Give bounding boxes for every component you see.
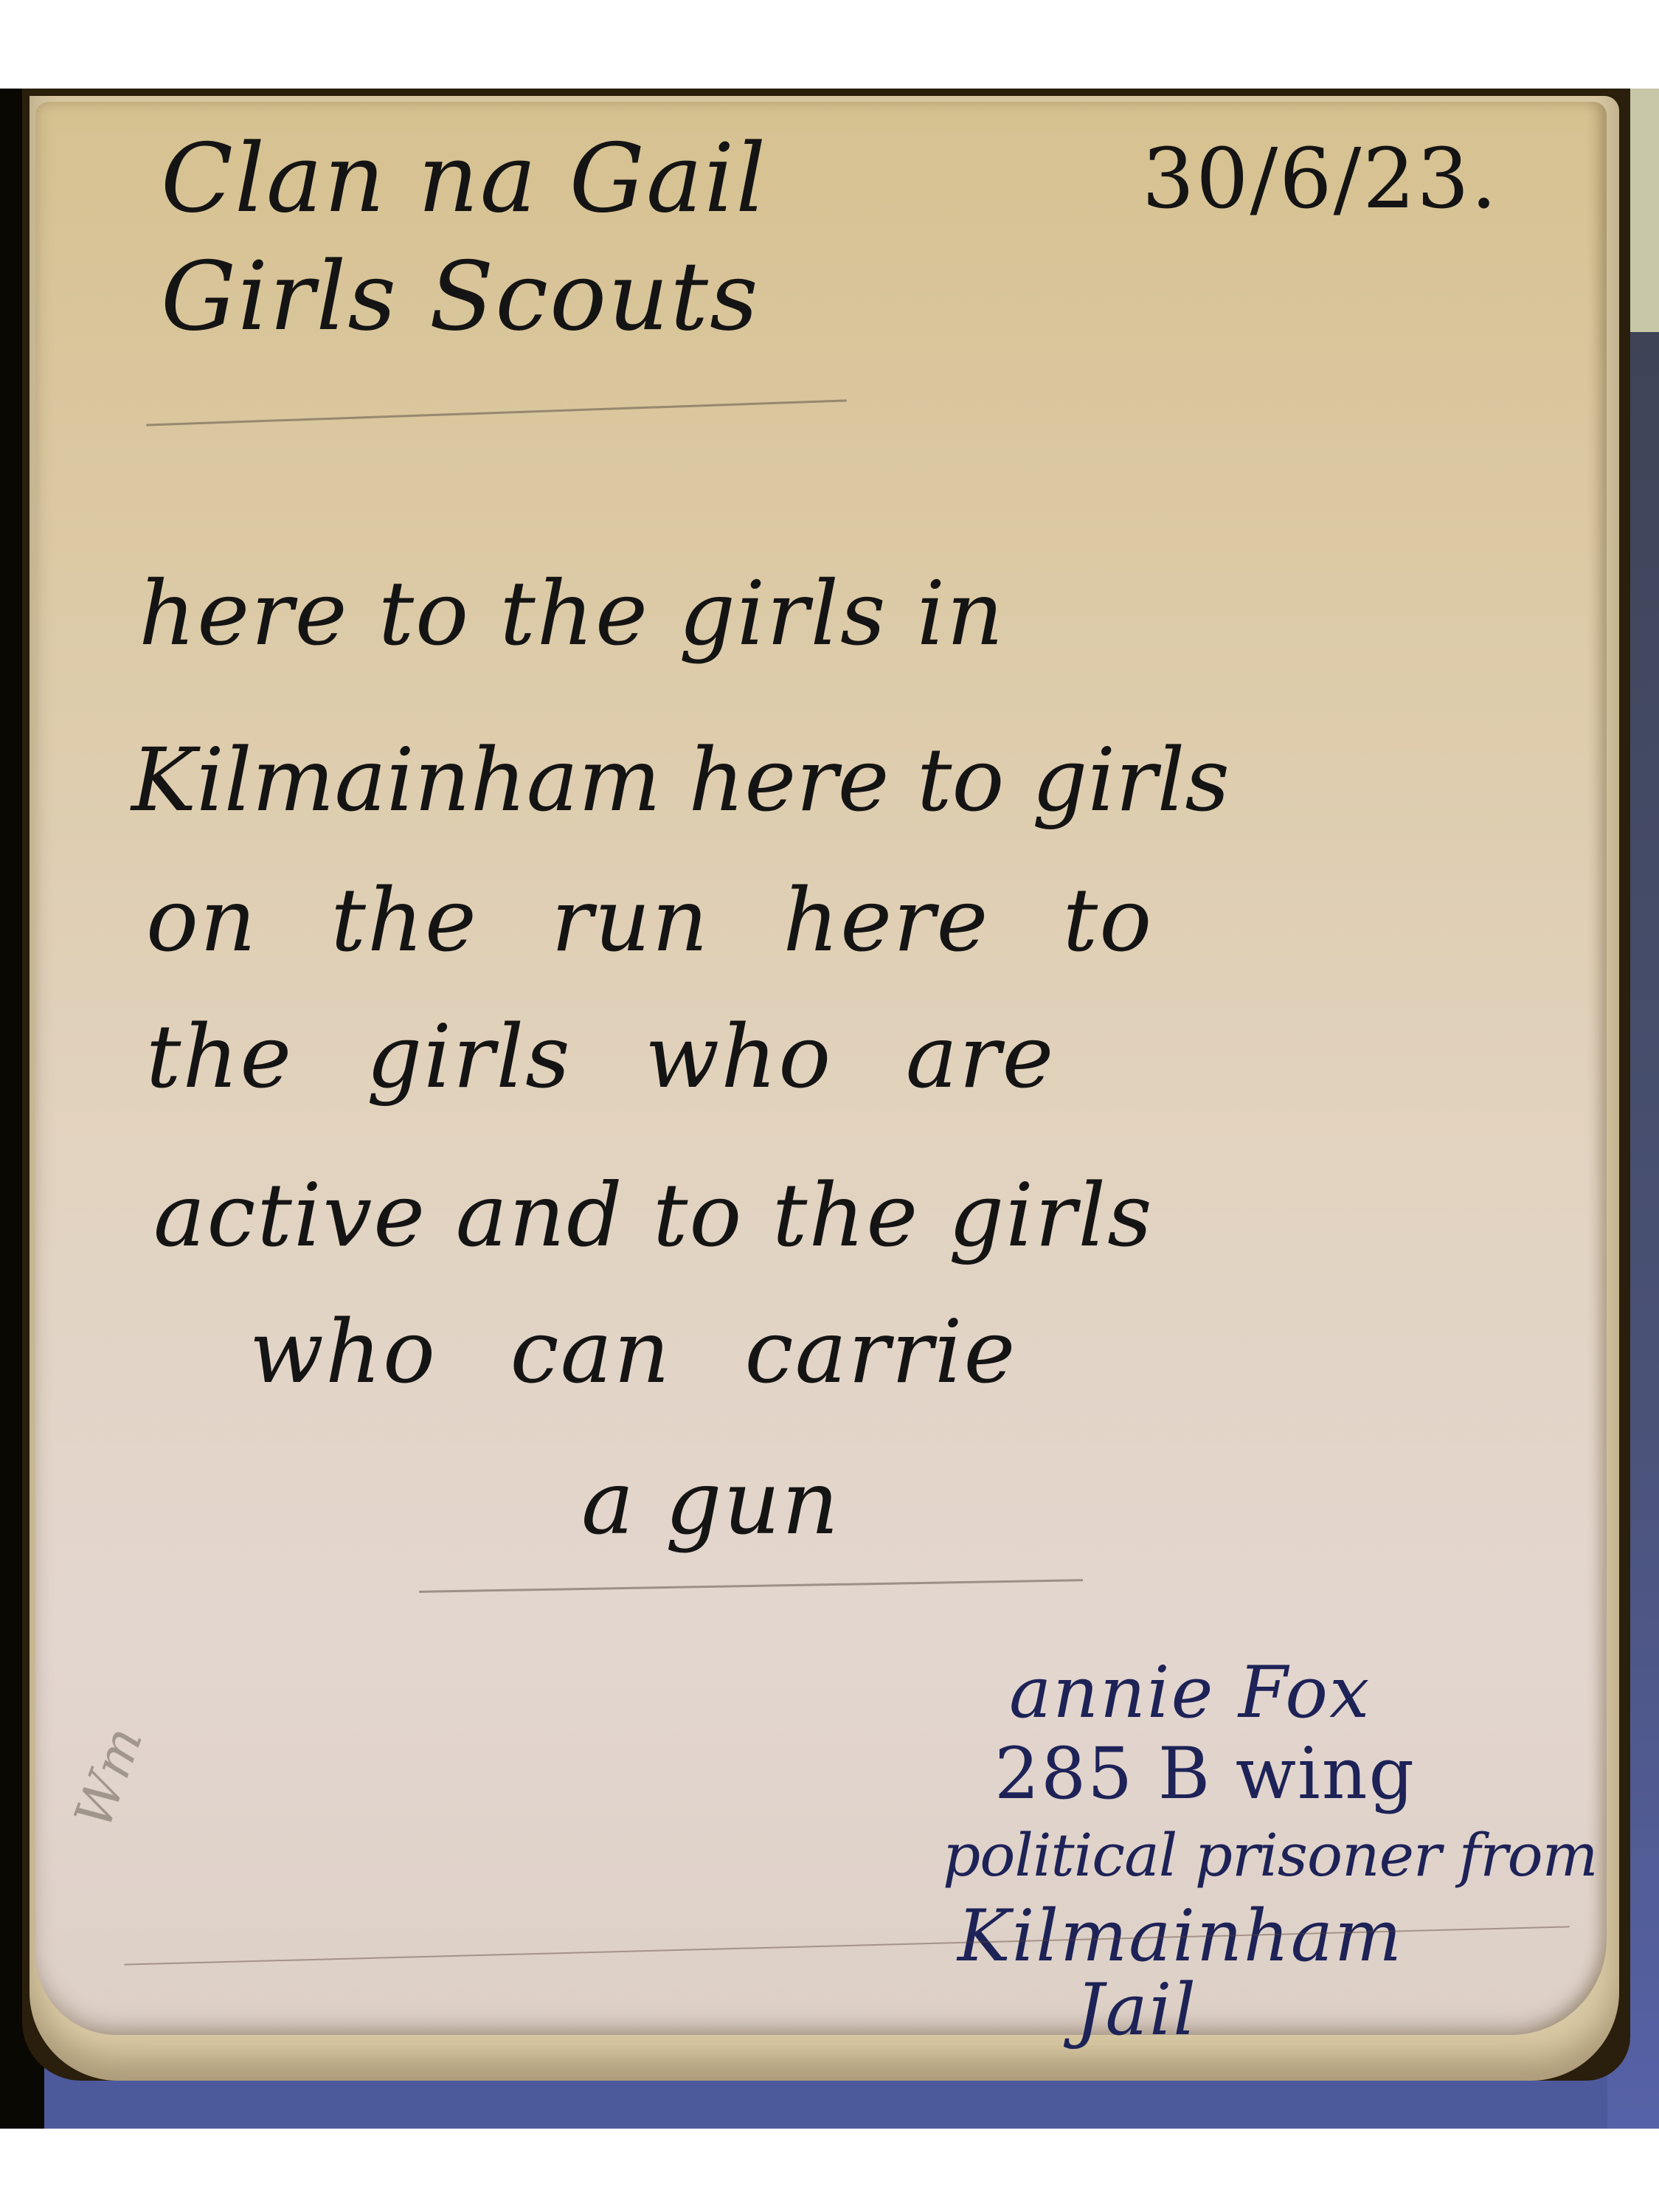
signature-name: annie Fox (1009, 1651, 1371, 1734)
signature-cell: 285 B wing (994, 1732, 1416, 1815)
header-date: 30/6/23. (1142, 131, 1498, 227)
header-underline (146, 399, 847, 426)
verse-line-3: on the run here to (146, 869, 1153, 971)
header-title-line1: Clan na Gail (161, 124, 767, 234)
verse-line-4: the girls who are (146, 1006, 1055, 1107)
verse-line-5: active and to the girls (153, 1164, 1154, 1266)
signature-status: political prisoner from (943, 1821, 1597, 1890)
notebook-page: Clan na Gail 30/6/23. Girls Scouts here … (35, 102, 1607, 2035)
photograph: Clan na Gail 30/6/23. Girls Scouts here … (0, 89, 1659, 2129)
header-title-line2: Girls Scouts (161, 242, 760, 352)
pencil-margin-note: Wm (63, 1719, 154, 1836)
verse-line-2: Kilmainham here to girls (131, 729, 1230, 831)
verse-line-6: who can carrie (249, 1301, 1016, 1403)
signature-jail: Jail (1076, 1969, 1197, 2051)
verse-underline (419, 1579, 1083, 1593)
verse-line-1: here to the girls in (139, 563, 1005, 666)
verse-line-7: a gun (581, 1452, 840, 1555)
